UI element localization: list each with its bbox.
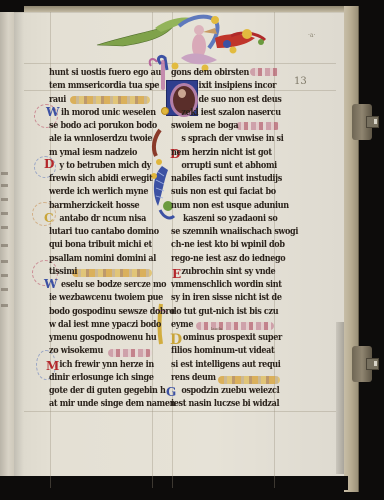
text-column-left: hunt si uostis fuero ego au tem mmserico… [49, 66, 161, 411]
clasp-lower [352, 346, 372, 382]
text-line: gote der di guten gegebin h [49, 384, 161, 397]
text-line: antabo dr ncum nisa [49, 212, 161, 225]
clasp-upper [352, 104, 372, 140]
text-line: ymenu gospodnowenu hu [49, 331, 161, 344]
facing-page-edge [0, 12, 14, 490]
text-line: si est intelligens aut requi [171, 358, 285, 371]
text-line: zekl iest szalon nasercu [171, 106, 285, 119]
text-line: swoiem ne boga [171, 119, 285, 132]
text-line: num non est usque aduniun [171, 199, 285, 212]
text-line: at mir unde singe dem namen [49, 397, 161, 410]
text-line: sy in iren sisse nicht ist de [171, 291, 285, 304]
text-line: zubrochin sint sy vnde [171, 265, 285, 278]
text-line: psallam nomini domini al [49, 252, 161, 265]
text-line: raui [49, 93, 161, 106]
gutter-shadow [14, 12, 24, 488]
text-line: eselu se bodze sercze mo [49, 278, 161, 291]
text-line: rens deum [171, 371, 285, 384]
text-line: ominus prospexit super [171, 331, 285, 344]
text-line: ich frewir ynn herze in [49, 358, 161, 371]
gold-bezant [162, 108, 168, 114]
text-line: w dal iest mne ypaczi bodo [49, 318, 161, 331]
text-line: eyme [171, 318, 285, 331]
text-line: lutari tuo cantabo domino [49, 225, 161, 238]
text-line: se szemnih wnaiischach swogi [171, 225, 285, 238]
vine-pink [161, 60, 165, 90]
book-fore-edge [344, 6, 359, 492]
text-line: zo wisokemu [49, 344, 161, 357]
bottom-shadow [0, 476, 348, 490]
text-line: hunt si uostis fuero ego au [49, 66, 161, 79]
text-line: iest nasin luczse bi widzal [171, 397, 285, 410]
text-line: dinir erlosunge ich singe [49, 371, 161, 384]
text-line: qui bona tribuit michi et [49, 238, 161, 251]
text-line: ih morod unic weselen [49, 106, 161, 119]
text-line: barmherzickeit hosse [49, 199, 161, 212]
text-line: kaszeni so yzadaoni so [171, 212, 285, 225]
folio-number: 13 [294, 76, 307, 87]
text-line: filios hominum-ut videat [171, 344, 285, 357]
folio-mark: ·a· [308, 32, 315, 39]
text-line: bodo gospodinu sewsze dobro [49, 305, 161, 318]
text-line: ixit insipiens incor [171, 79, 285, 92]
text-line: de suo non est deus [171, 93, 285, 106]
text-line: y to betruben mich dy [49, 159, 161, 172]
text-line: tissimi [49, 265, 161, 278]
text-line: ospodzin zuebu weiezcl [171, 384, 285, 397]
ruling-bottom [24, 411, 336, 412]
text-line: nabiles facti sunt instudijs [171, 172, 285, 185]
text-line: se bodo aci porukon bodo [49, 119, 161, 132]
text-line: suis non est qui faciat bo [171, 185, 285, 198]
text-line: s sprach der vnwise in si [171, 132, 285, 145]
text-line: tem mmsericordia tua spe [49, 79, 161, 92]
text-line: nem herzin nicht ist got [171, 146, 285, 159]
text-line: vmmenschlich wordin sint [171, 278, 285, 291]
text-line: werde ich werlich myne [49, 185, 161, 198]
text-line: do tut gut-nich ist bis czu [171, 305, 285, 318]
text-line: ch-ne iest kto bi wpinil dob [171, 238, 285, 251]
text-line: gons dem obirsten [171, 66, 285, 79]
text-column-right: gons dem obirsten ixit insipiens incor d… [171, 66, 285, 411]
text-line: orrupti sunt et abhomi [171, 159, 285, 172]
text-line: ale ia wnnloserdzu twoie [49, 132, 161, 145]
page-tab-strip [336, 322, 344, 474]
text-line: ie wezbawcenu twoiem pue [49, 291, 161, 304]
text-line: rego-ne iest asz do iednego [171, 252, 285, 265]
text-line: m ymal iesm nadzeio [49, 146, 161, 159]
text-line: frewin sich abidi erwegit [49, 172, 161, 185]
